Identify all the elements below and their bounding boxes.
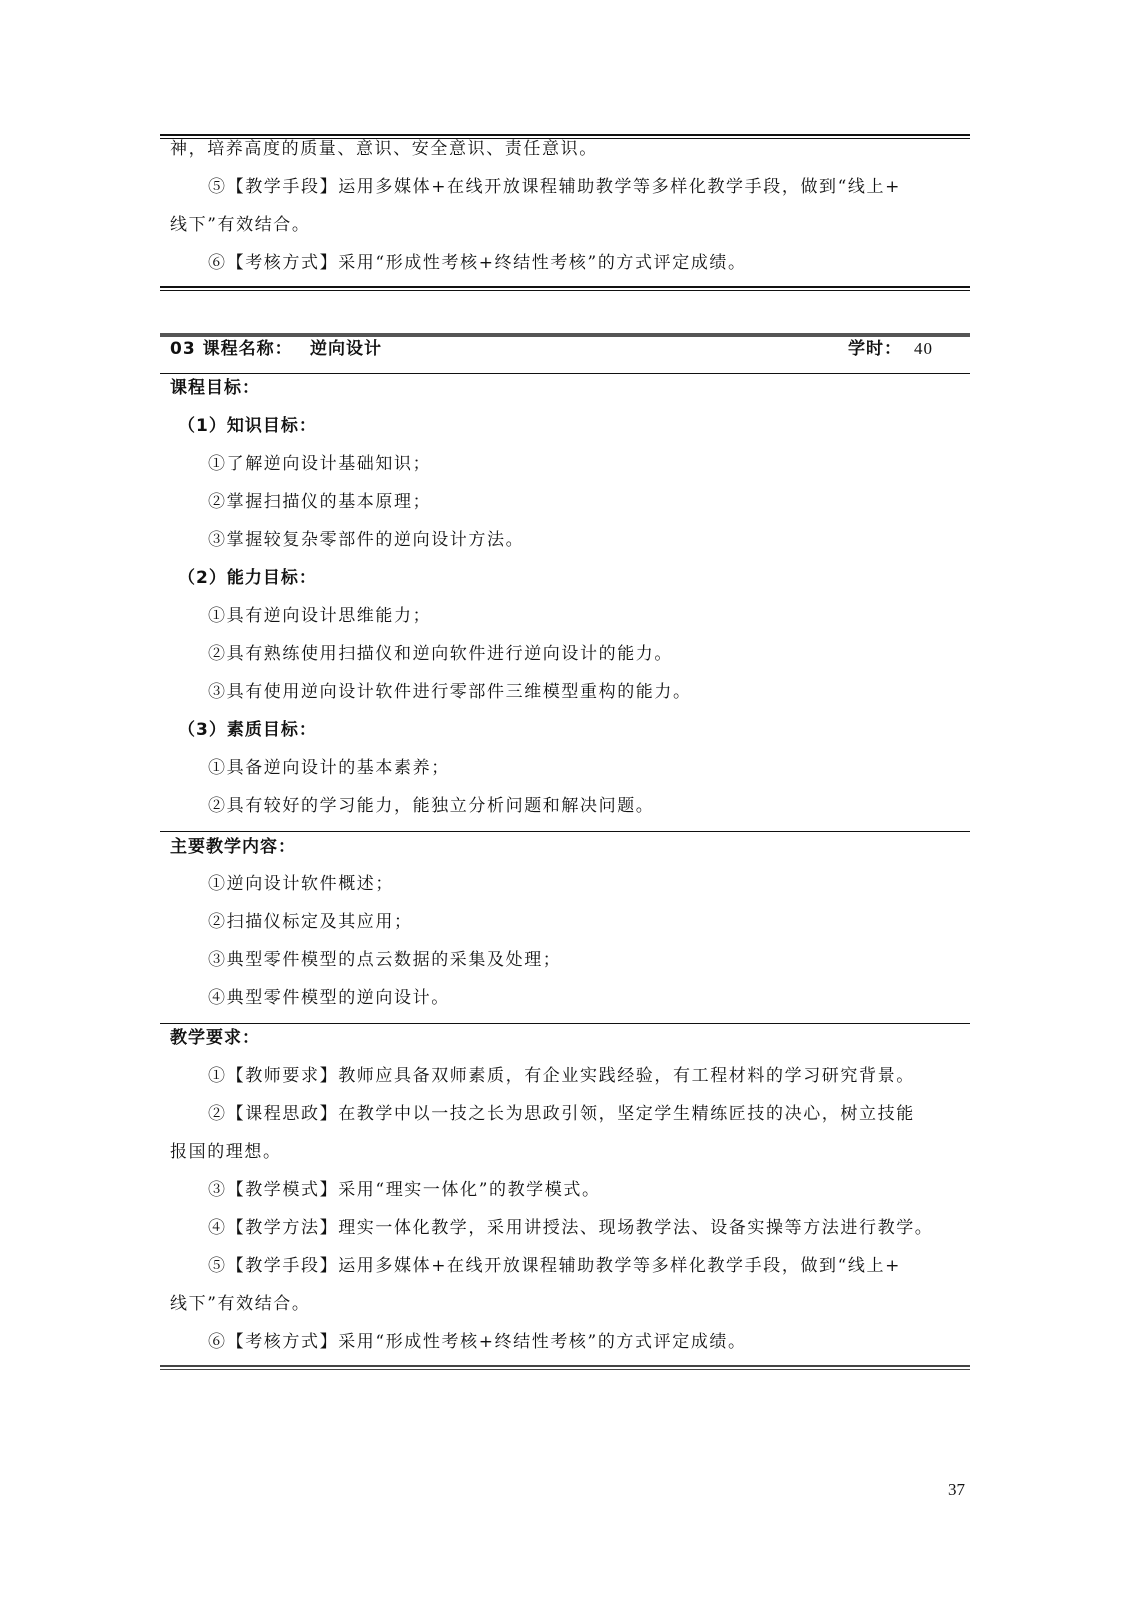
requirement-line: ④【教学方法】理实一体化教学，采用讲授法、现场教学法、设备实操等方法进行教学。 <box>208 1217 933 1239</box>
prev-text-line: 神，培养高度的质量、意识、安全意识、责任意识。 <box>170 138 598 160</box>
ability-item: ①具有逆向设计思维能力； <box>208 605 431 627</box>
ability-item: ③具有使用逆向设计软件进行零部件三维模型重构的能力。 <box>208 681 692 703</box>
quality-item: ②具有较好的学习能力，能独立分析问题和解决问题。 <box>208 795 654 817</box>
content-item: ②扫描仪标定及其应用； <box>208 911 413 933</box>
content-item: ③典型零件模型的点云数据的采集及处理； <box>208 949 561 971</box>
quality-objectives-heading: （3）素质目标： <box>178 719 317 741</box>
knowledge-item: ①了解逆向设计基础知识； <box>208 453 431 475</box>
course-number-label: 03 课程名称： <box>170 338 293 360</box>
requirement-line: ②【课程思政】在教学中以一技之长为思政引领，坚定学生精练匠技的决心，树立技能 <box>208 1103 915 1125</box>
course-hours: 学时：40 <box>848 338 933 360</box>
ability-item: ②具有熟练使用扫描仪和逆向软件进行逆向设计的能力。 <box>208 643 673 665</box>
page-number: 37 <box>948 1480 965 1500</box>
prev-text-line: ⑥【考核方式】采用“形成性考核+终结性考核”的方式评定成绩。 <box>208 252 747 274</box>
requirement-line: ①【教师要求】教师应具备双师素质，有企业实践经验，有工程材料的学习研究背景。 <box>208 1065 915 1087</box>
document-page: 神，培养高度的质量、意识、安全意识、责任意识。 ⑤【教学手段】运用多媒体+在线开… <box>0 0 1131 1600</box>
requirement-line: ③【教学模式】采用“理实一体化”的教学模式。 <box>208 1179 601 1201</box>
requirement-line: 线下”有效结合。 <box>170 1293 311 1315</box>
prev-text-line: 线下”有效结合。 <box>170 214 311 236</box>
quality-item: ①具备逆向设计的基本素养； <box>208 757 450 779</box>
content-item: ④典型零件模型的逆向设计。 <box>208 987 450 1009</box>
content-heading: 主要教学内容： <box>170 836 296 858</box>
requirement-line: ⑤【教学手段】运用多媒体+在线开放课程辅助教学等多样化教学手段，做到“线上+ <box>208 1255 901 1277</box>
table-bottom-border <box>160 286 970 291</box>
ability-objectives-heading: （2）能力目标： <box>178 567 317 589</box>
hours-label: 学时： <box>848 339 902 359</box>
prev-text-line: ⑤【教学手段】运用多媒体+在线开放课程辅助教学等多样化教学手段，做到“线上+ <box>208 176 901 198</box>
requirement-line: 报国的理想。 <box>170 1141 282 1163</box>
course-table-top-border <box>160 333 970 337</box>
requirement-line: ⑥【考核方式】采用“形成性考核+终结性考核”的方式评定成绩。 <box>208 1331 747 1353</box>
course-name: 逆向设计 <box>310 338 382 360</box>
section-divider <box>160 1023 970 1024</box>
hours-value: 40 <box>914 339 933 358</box>
knowledge-item: ②掌握扫描仪的基本原理； <box>208 491 431 513</box>
knowledge-item: ③掌握较复杂零部件的逆向设计方法。 <box>208 529 524 551</box>
header-divider <box>160 373 970 374</box>
course-table-bottom-border <box>160 1365 970 1370</box>
requirements-heading: 教学要求： <box>170 1027 260 1049</box>
section-divider <box>160 831 970 832</box>
objectives-heading: 课程目标： <box>170 377 260 399</box>
knowledge-objectives-heading: （1）知识目标： <box>178 415 317 437</box>
content-item: ①逆向设计软件概述； <box>208 873 394 895</box>
